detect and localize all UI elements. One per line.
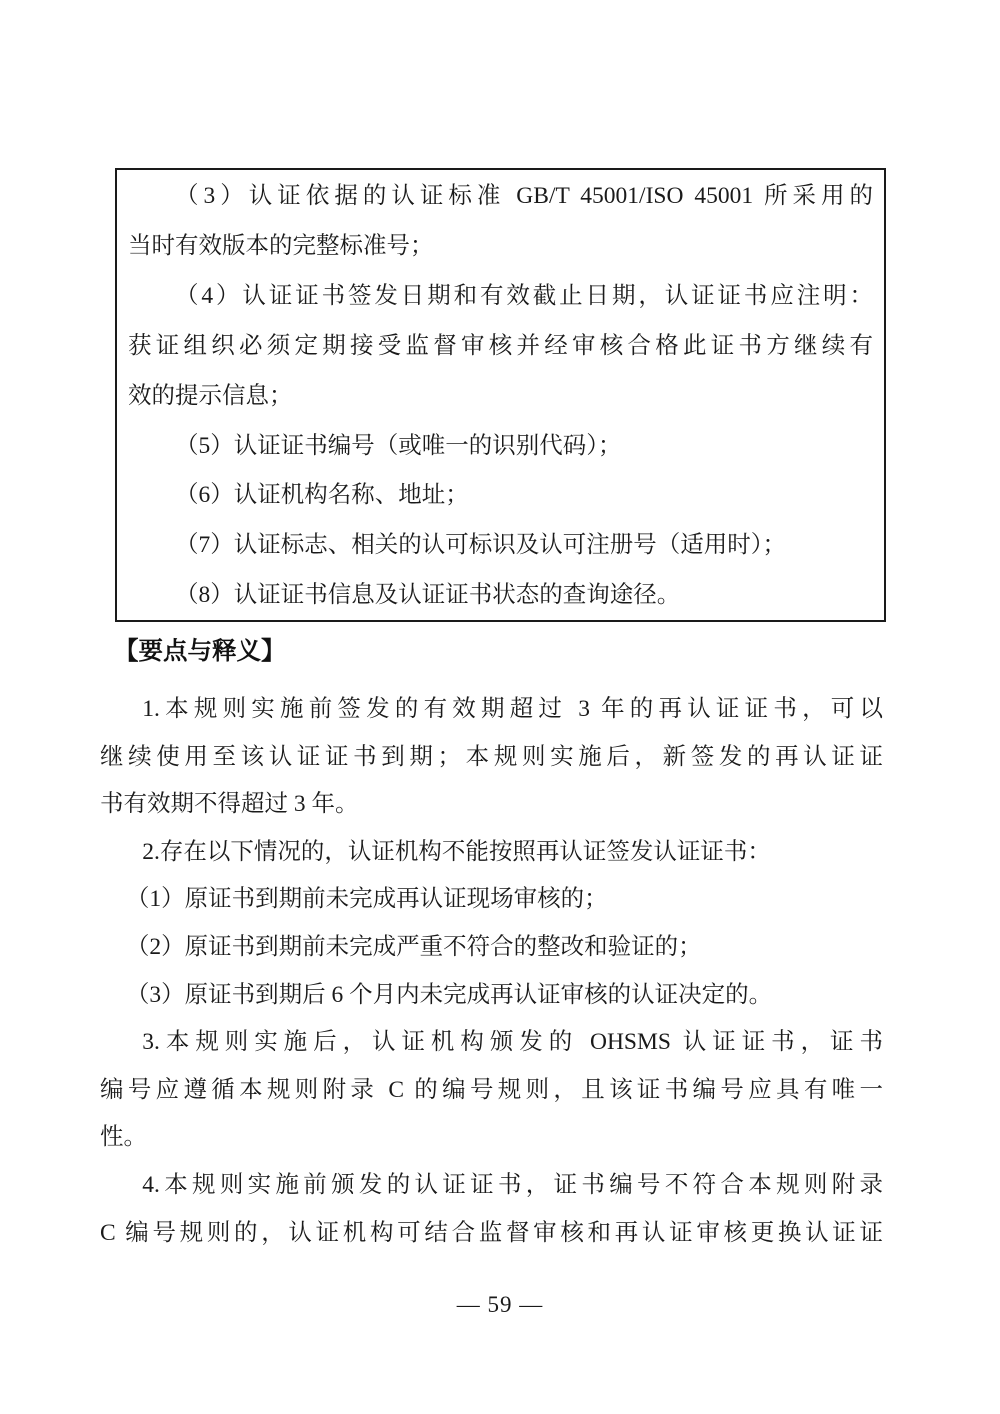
key-points-section: 【要点与释义】 1.本规则实施前签发的有效期超过 3 年的再认证证书，可以继续使…	[100, 634, 883, 1257]
text-line: 2.存在以下情况的，认证机构不能按照再认证签发认证证书：	[100, 829, 883, 877]
text-line: （8）认证证书信息及认证证书状态的查询途径。	[128, 571, 873, 621]
text-line: 编号应遵循本规则附录 C 的编号规则，且该证书编号应具有唯一	[100, 1067, 883, 1115]
text-line: （4）认证证书签发日期和有效截止日期，认证证书应注明：	[128, 272, 873, 322]
text-line: 1.本规则实施前签发的有效期超过 3 年的再认证证书，可以	[100, 686, 883, 734]
text-line: （3）认证依据的认证标准 GB/T 45001/ISO 45001 所采用的	[128, 172, 873, 222]
text-line: 4.本规则实施前颁发的认证证书，证书编号不符合本规则附录	[100, 1162, 883, 1210]
text-line: 获证组织必须定期接受监督审核并经审核合格此证书方继续有	[128, 322, 873, 372]
document-page: （3）认证依据的认证标准 GB/T 45001/ISO 45001 所采用的当时…	[0, 0, 1000, 1414]
text-line: 书有效期不得超过 3 年。	[100, 781, 883, 829]
text-line: 继续使用至该认证证书到期；本规则实施后，新签发的再认证证	[100, 734, 883, 782]
text-line: C 编号规则的，认证机构可结合监督审核和再认证审核更换认证证	[100, 1210, 883, 1258]
text-line: （5）认证证书编号（或唯一的识别代码）；	[128, 422, 873, 472]
text-line: 性。	[100, 1114, 883, 1162]
page-number: — 59 —	[0, 1292, 1000, 1318]
text-line: （3）原证书到期后 6 个月内未完成再认证审核的认证决定的。	[100, 972, 883, 1020]
text-line: 效的提示信息；	[128, 372, 873, 422]
text-line: 3.本规则实施后，认证机构颁发的 OHSMS 认证证书，证书	[100, 1019, 883, 1067]
text-line: （2）原证书到期前未完成严重不符合的整改和验证的；	[100, 924, 883, 972]
section-paragraphs: 1.本规则实施前签发的有效期超过 3 年的再认证证书，可以继续使用至该认证证书到…	[100, 686, 883, 1257]
section-heading: 【要点与释义】	[114, 634, 883, 670]
certificate-content-box: （3）认证依据的认证标准 GB/T 45001/ISO 45001 所采用的当时…	[115, 168, 886, 622]
text-line: （7）认证标志、相关的认可标识及认可注册号（适用时）；	[128, 521, 873, 571]
text-line: 当时有效版本的完整标准号；	[128, 222, 873, 272]
text-line: （1）原证书到期前未完成再认证现场审核的；	[100, 876, 883, 924]
text-line: （6）认证机构名称、地址；	[128, 471, 873, 521]
